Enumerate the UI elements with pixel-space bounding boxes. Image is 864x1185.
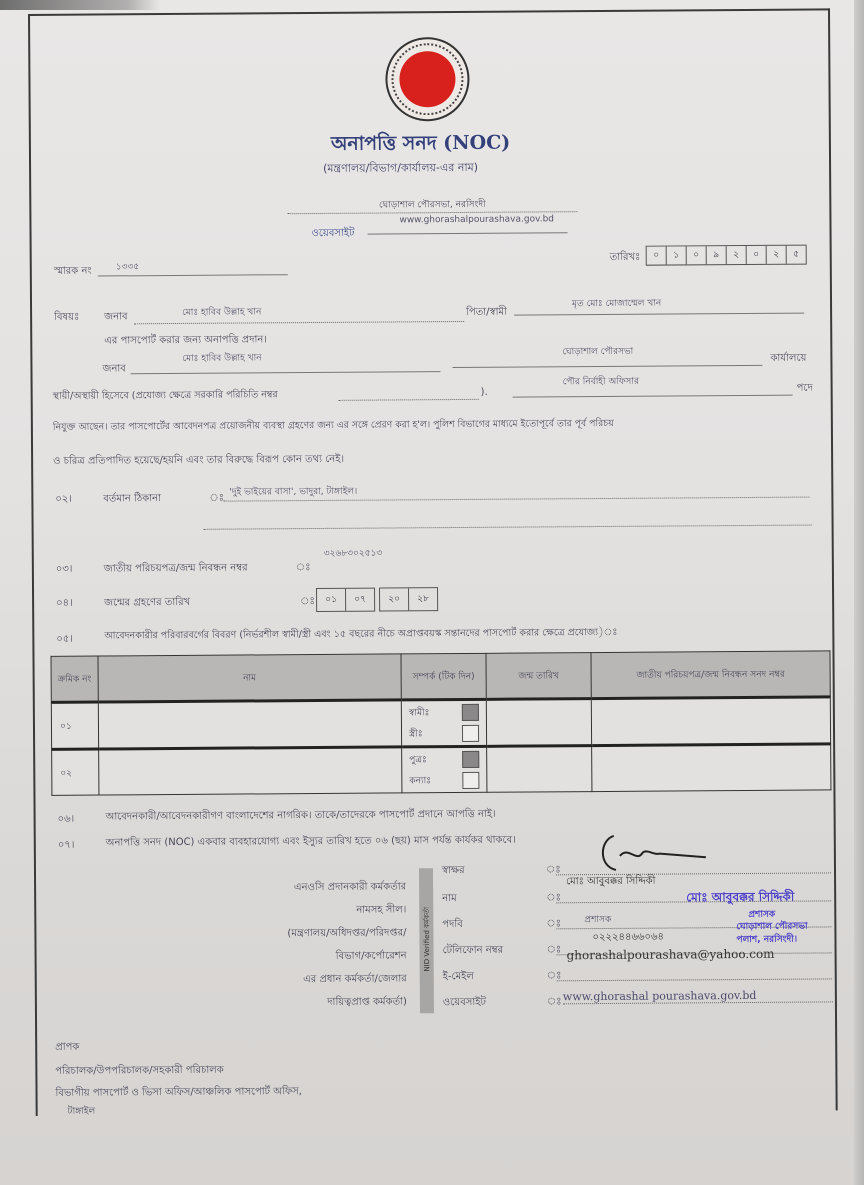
address-label: বর্তমান ঠিকানা	[103, 491, 161, 508]
officer-name-label: নাম	[442, 891, 457, 908]
designation-label: পদবি	[442, 917, 463, 934]
designation-line	[513, 383, 793, 398]
recipient-title: পরিচালক/উপপরিচালক/সহকারী পরিচালক	[55, 1063, 223, 1081]
col-nid: জাতীয় পরিচয়পত্র/জন্ম নিবন্ধন সনদ নম্বর	[591, 651, 830, 699]
government-seal-icon	[385, 37, 470, 122]
address-line-2	[204, 515, 812, 530]
officer-stamp-name: মোঃ আবুবক্কর সিদ্দিকী	[686, 889, 794, 910]
body-name: মোঃ হাবিব উল্লাহ খান	[182, 350, 261, 366]
nid-label: জাতীয় পরিচয়পত্র/জন্ম নিবন্ধন নম্বর	[104, 560, 248, 578]
office-name: ঘোড়াশাল পৌরসভা, নরসিংদী	[287, 196, 577, 214]
body-name-line	[130, 359, 440, 374]
reference-value: ১৩৩৫	[116, 259, 139, 274]
website-field-value[interactable]: www.ghorashal pourashava.gov.bd	[563, 988, 833, 1004]
row-name[interactable]	[98, 700, 401, 749]
family-details-label: আবেদনকারীর পরিবারবর্গের বিবরণ (নির্ভরশীল…	[104, 626, 617, 645]
designation: পৌর নির্বাহী অফিসার	[563, 374, 639, 390]
body-paragraph-1: নিযুক্ত আছেন। তার পাসপোর্টের আবেদনপত্র প…	[53, 416, 614, 435]
website-field-label: ওয়েবসাইট	[443, 995, 486, 1012]
subject-prefix: জনাব	[104, 309, 128, 326]
family-table: ক্রমিক নং নাম সম্পর্ক (টিক দিন) জন্ম তার…	[50, 650, 831, 795]
father-name: মৃত মোঃ মোজাম্মেল খান	[572, 296, 661, 312]
relation-checkbox-husband[interactable]	[462, 704, 479, 721]
reference-label: স্মারক নং	[54, 264, 92, 281]
row-serial: ০১	[51, 702, 98, 749]
relation-checkbox-daughter[interactable]	[462, 772, 479, 789]
item-06-number: ০৬।	[58, 812, 75, 829]
photo-shadow	[0, 0, 160, 10]
item-02-number: ০২।	[55, 492, 72, 509]
relation-checkbox-wife[interactable]	[462, 725, 479, 742]
row-dob[interactable]	[486, 699, 591, 747]
col-dob: জন্ম তারিখ	[486, 653, 591, 700]
col-serial: ক্রমিক নং	[51, 656, 98, 702]
subject-label: বিষয়ঃ	[54, 310, 79, 327]
email-label: ই-মেইল	[443, 969, 474, 986]
paper-edge	[854, 0, 864, 1185]
issue-date-boxes: ০ ১ ০ ৯ ২ ০ ২ ৫	[646, 245, 807, 266]
document-title: অনাপত্তি সনদ (NOC)	[331, 129, 511, 162]
officer-stamp-location: পলাশ, নরসিংদী।	[736, 932, 797, 947]
table-row: ০১ স্বামীঃ স্ত্রীঃ	[51, 697, 830, 749]
validity-declaration: অনাপত্তি সনদ (NOC) একবার ব্যবহারযোগ্য এব…	[106, 833, 516, 853]
email-line	[557, 968, 832, 981]
applicant-name: মোঃ হাবিব উল্লাহ খান	[182, 304, 261, 320]
recipient-location: টাঙ্গাইল	[68, 1104, 96, 1119]
nid-value: ৩২৬৮৩০২৫১৩	[324, 546, 383, 561]
recipient-label: প্রাপক	[55, 1040, 79, 1057]
govt-id-line	[339, 389, 479, 401]
telephone-value: ০২২২৪৪৬৬০৬৪	[592, 930, 664, 947]
officer-caption: এনওসি প্রদানকারী কর্মকর্তার নামসহ সীল। (…	[256, 875, 407, 1014]
officer-designation: প্রশাসক	[584, 912, 611, 927]
dob-boxes: ০১০৭ ২০২৮	[316, 587, 438, 612]
employment-status: স্থায়ী/অস্থায়ী হিসেবে (প্রযোজ্য ক্ষেত্…	[53, 388, 278, 405]
officer-name: মোঃ আবুবক্কর সিদ্দিকী	[566, 874, 656, 892]
row-name[interactable]	[99, 747, 402, 795]
address-value: 'দুই ভাইয়ের বাসা', ভাদুরা, টাঙ্গাইল।	[229, 484, 357, 500]
website-value: www.ghorashalpourashava.gov.bd	[399, 214, 554, 225]
recipient-office: বিভাগীয় পাসপোর্ট ও ভিসা অফিস/আঞ্চলিক পা…	[55, 1084, 301, 1103]
row-relation: স্বামীঃ স্ত্রীঃ	[401, 699, 486, 747]
citizenship-declaration: আবেদনকারী/আবেদনকারীগণ বাংলাদেশের নাগরিক।…	[106, 807, 496, 827]
row-relation: পুত্রঃ কন্যাঃ	[402, 746, 487, 793]
signature-label: স্বাক্ষর	[442, 863, 465, 880]
item-05-number: ০৫।	[56, 632, 73, 649]
row-dob[interactable]	[487, 746, 592, 793]
body-office: ঘোড়াশাল পৌরসভা	[562, 344, 633, 359]
website-label: ওয়েবসাইট	[311, 226, 354, 243]
item-07-number: ০৭।	[58, 838, 75, 855]
subject-purpose: এর পাসপোর্ট করার জন্য অনাপত্তি প্রদান।	[104, 332, 267, 350]
designation-suffix: পদে	[797, 381, 813, 398]
dob-sep: ঃ	[300, 594, 315, 611]
telephone-label: টেলিফোন নম্বর	[442, 943, 503, 960]
govt-id-close: ).	[481, 387, 488, 398]
body-prefix: জনাব	[102, 361, 126, 378]
body-office-suffix: কার্যালয়ে	[770, 351, 806, 368]
col-name: নাম	[98, 654, 401, 702]
relation-checkbox-son[interactable]	[462, 751, 479, 768]
row-nid[interactable]	[592, 744, 831, 792]
row-nid[interactable]	[591, 697, 830, 746]
col-relation: সম্পর্ক (টিক দিন)	[401, 653, 486, 700]
father-label: পিতা/স্বামী	[466, 305, 507, 322]
table-row: ০২ পুত্রঃ কন্যাঃ	[52, 744, 831, 795]
document-subtitle: (মন্ত্রণালয়/বিভাগ/কার্যালয়-এর নাম)	[323, 159, 478, 179]
dob-label: জন্মের গ্রহণের তারিখ	[104, 595, 190, 613]
email-value[interactable]: ghorashalpourashava@yahoo.com	[567, 947, 775, 962]
address-sep: ঃ	[209, 491, 224, 508]
noc-document: অনাপত্তি সনদ (NOC) (মন্ত্রণালয়/বিভাগ/কা…	[28, 8, 838, 1116]
family-table-header: ক্রমিক নং নাম সম্পর্ক (টিক দিন) জন্ম তার…	[51, 651, 830, 702]
nid-sep: ঃ	[296, 560, 311, 577]
row-serial: ০২	[52, 749, 99, 795]
body-paragraph-2: ও চরিত্র প্রতিপাদিত হয়েছে/হয়নি এবং তার…	[53, 452, 344, 471]
item-04-number: ০৪।	[56, 596, 73, 613]
issue-date-label: তারিখঃ	[610, 250, 641, 267]
nid-verified-strip: NID Verified কর্মকর্তা	[419, 868, 434, 1013]
item-03-number: ০৩।	[56, 562, 73, 579]
